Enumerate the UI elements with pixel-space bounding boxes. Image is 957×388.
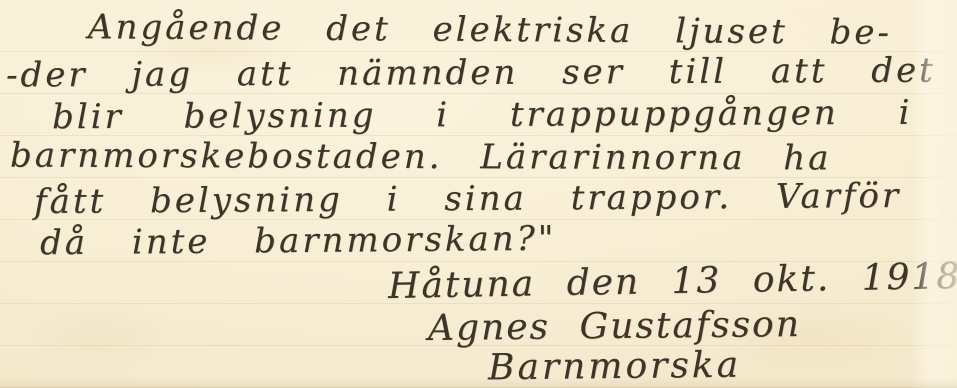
letter-body-line: Angående det elektriska ljuset be- [88,7,892,53]
letter-body-line: blir belysning i trappuppgången i [52,93,913,138]
letter-body-line: barnmorskebostaden. Lärarinnorna ha [10,136,832,179]
signature-name: Agnes Gustafsson [428,304,801,349]
letter-body-line: fått belysning i sina trappor. Varför [34,176,901,222]
letter-dateline: Håtuna den 13 okt. 1918 [388,256,957,307]
letter-scan: Angående det elektriska ljuset be- -der … [0,0,957,388]
scan-edge-shadow [0,378,957,388]
paper-stain [20,300,180,370]
signature-title: Barnmorska [488,345,742,388]
letter-body-line: -der jag att nämnden ser till att det [6,51,936,96]
letter-body-line: då inte barnmorskan?" [40,219,557,264]
